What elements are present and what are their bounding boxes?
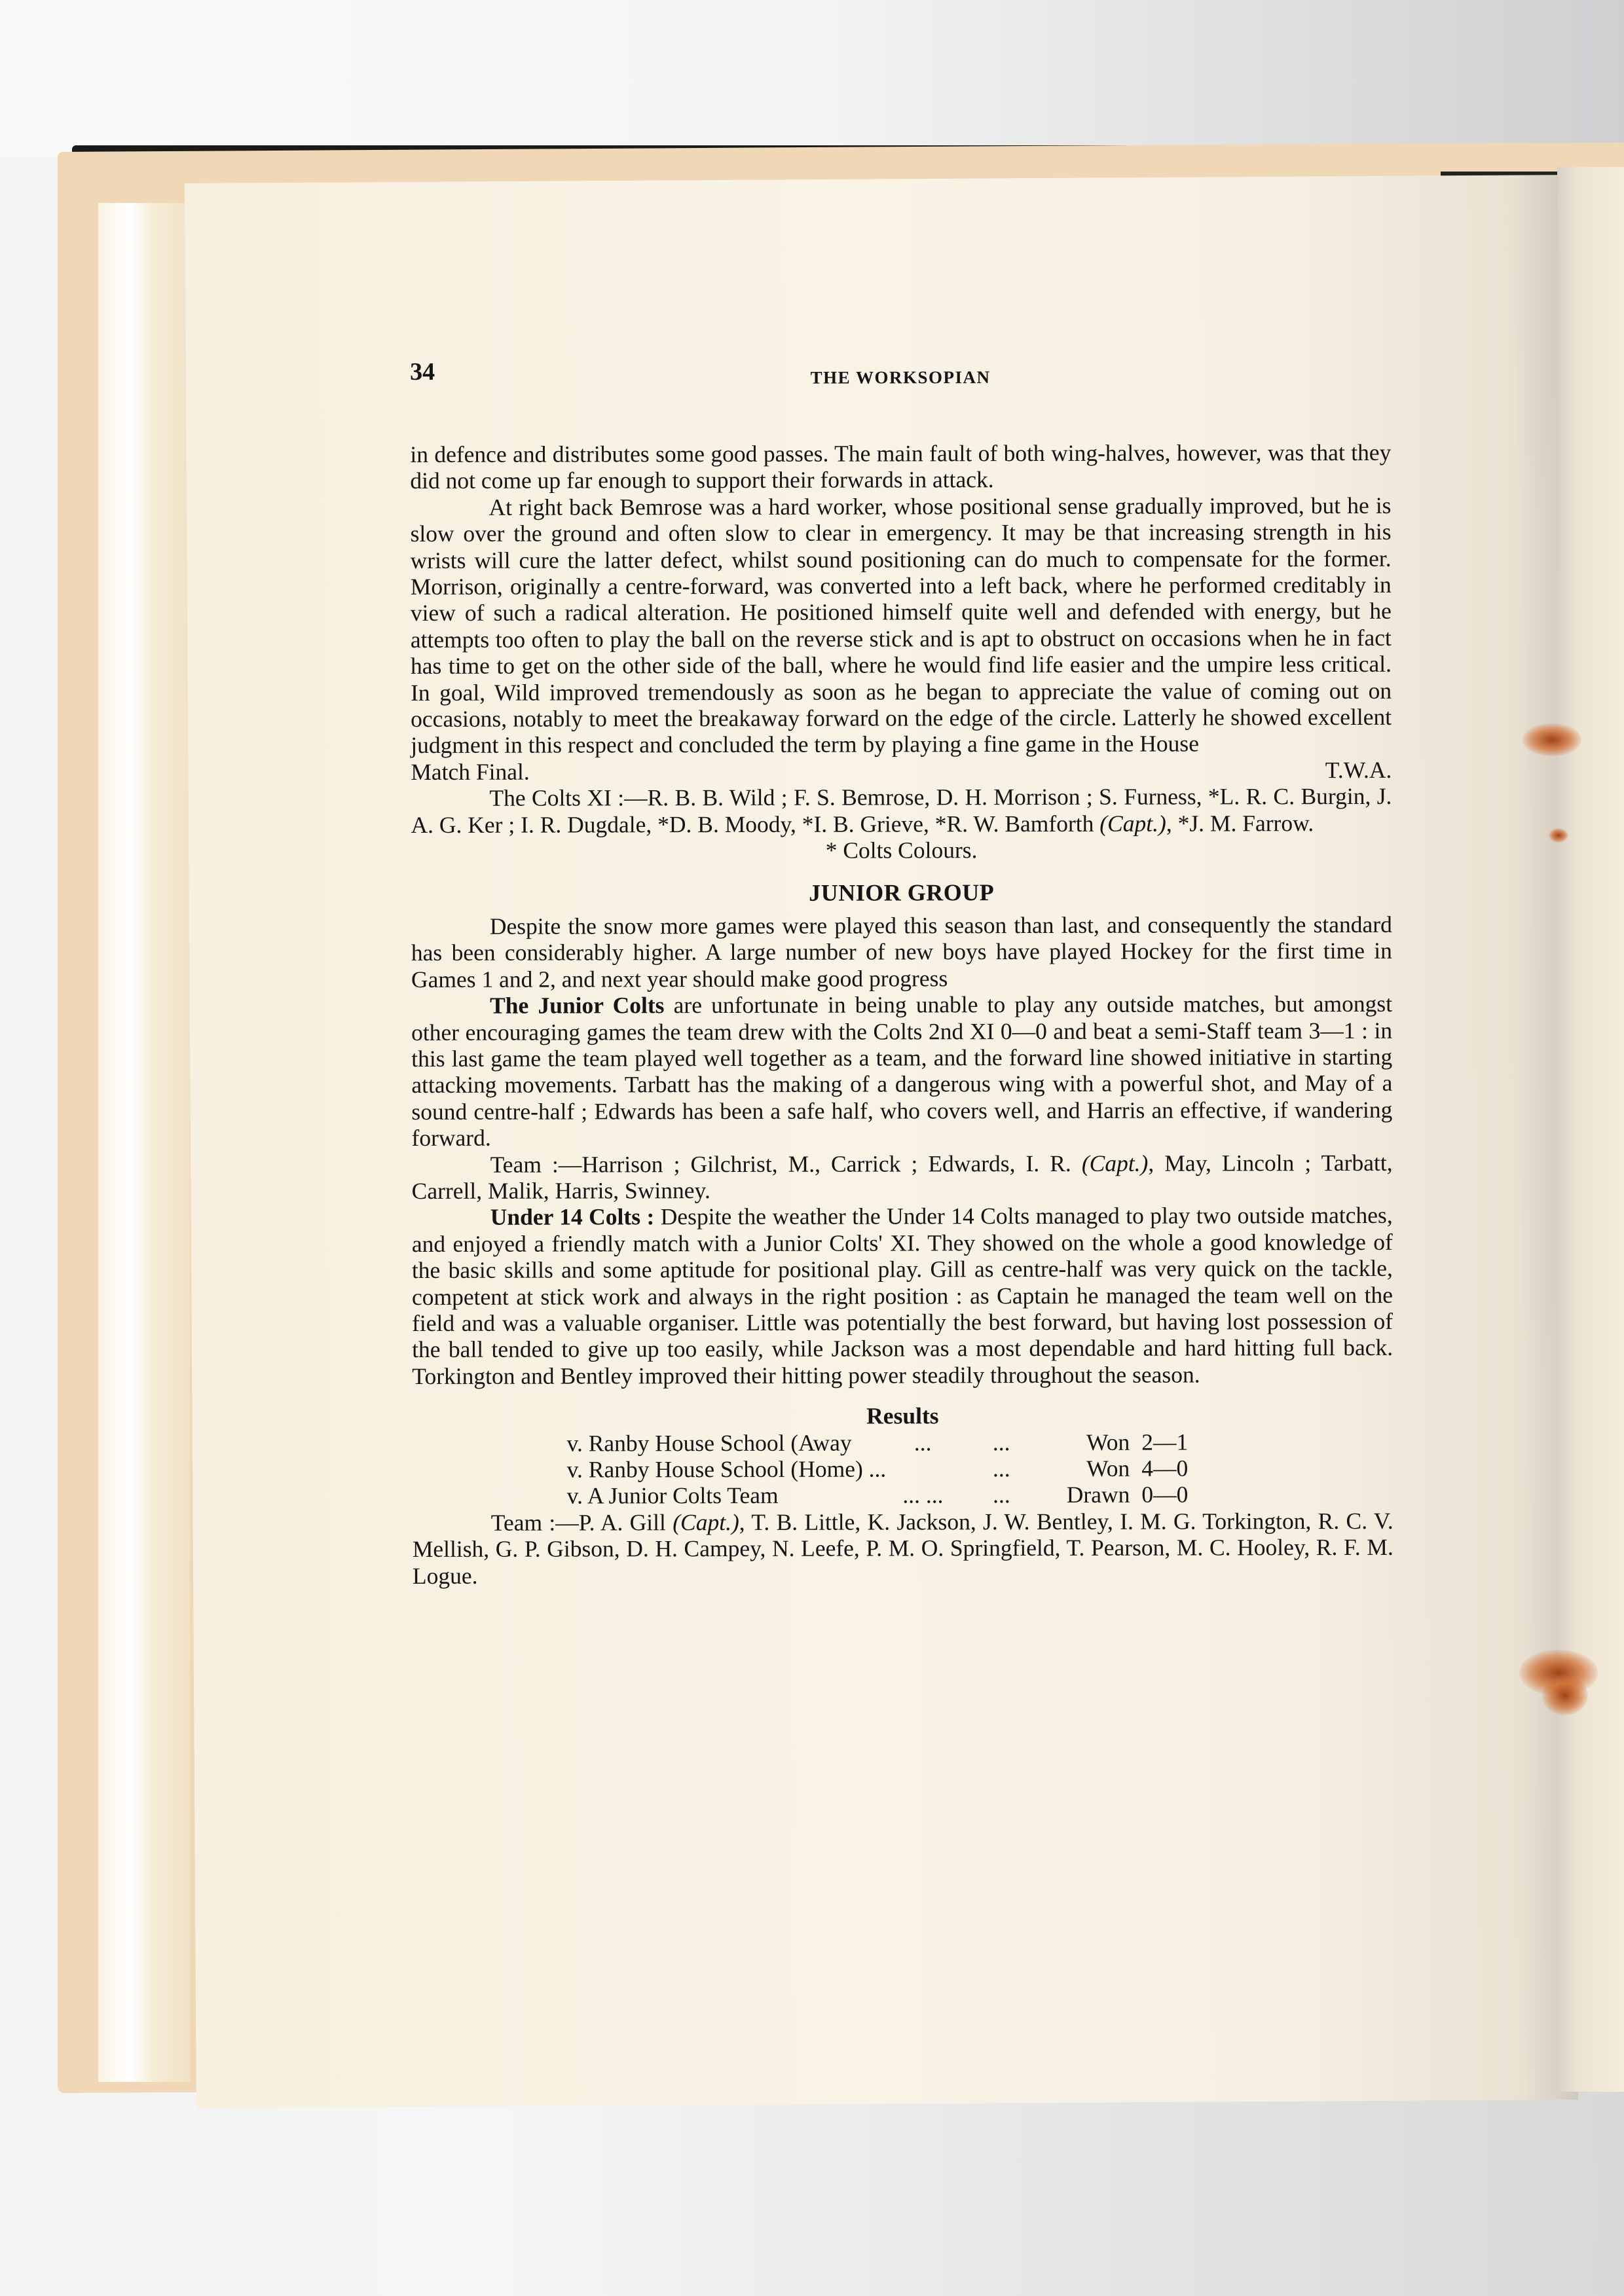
rust-stain-small (1549, 828, 1568, 843)
rust-stain-lower-2 (1542, 1676, 1588, 1715)
colts-colours-note: * Colts Colours. (411, 836, 1392, 865)
colts-paragraph-1: in defence and distributes some good pas… (410, 439, 1391, 494)
rust-stain-upper (1522, 723, 1581, 756)
colts-paragraph-2-end: Match Final. T.W.A. (411, 757, 1392, 786)
junior-colts-team-list: Team :—Harrison ; Gilchrist, M., Carrick… (412, 1149, 1393, 1204)
junior-group-heading: JUNIOR GROUP (411, 878, 1392, 907)
junior-colts-paragraph: The Junior Colts are unfortunate in bein… (411, 991, 1393, 1152)
results-heading: Results (412, 1402, 1393, 1430)
author-signature: T.W.A. (1325, 757, 1392, 784)
under-14-team-list: Team :—P. A. Gill (Capt.), T. B. Little,… (413, 1508, 1393, 1589)
scanner-background (0, 0, 1624, 157)
under-14-colts-paragraph: Under 14 Colts : Despite the weather the… (412, 1202, 1393, 1389)
junior-colts-label: The Junior Colts (490, 992, 664, 1019)
results-row: v. Ranby House School (Home) ... ... Won… (567, 1455, 1201, 1483)
captain-mark: (Capt.) (1099, 810, 1166, 836)
colts-team-list: The Colts XI :—R. B. B. Wild ; F. S. Bem… (411, 783, 1392, 838)
captain-mark: (Capt.) (673, 1509, 739, 1535)
captain-mark: (Capt.) (1082, 1150, 1149, 1176)
junior-group-intro: Despite the snow more games were played … (411, 911, 1392, 993)
facing-page-edge (1557, 167, 1624, 2092)
results-row: v. A Junior Colts Team ... ... ... Drawn… (567, 1482, 1201, 1509)
page-stack-edge (98, 203, 190, 2082)
running-head: THE WORKSOPIAN (410, 363, 1391, 392)
colts-paragraph-2-last-line: Match Final. (411, 758, 530, 785)
results-table: v. Ranby House School (Away ... ... Won … (566, 1429, 1200, 1509)
page-content: 34 THE WORKSOPIAN in defence and distrib… (410, 357, 1393, 1589)
page-header: 34 THE WORKSOPIAN (410, 357, 1391, 385)
results-row: v. Ranby House School (Away ... ... Won … (566, 1429, 1200, 1456)
under-14-label: Under 14 Colts : (490, 1204, 655, 1231)
colts-paragraph-2: At right back Bemrose was a hard worker,… (410, 492, 1392, 759)
